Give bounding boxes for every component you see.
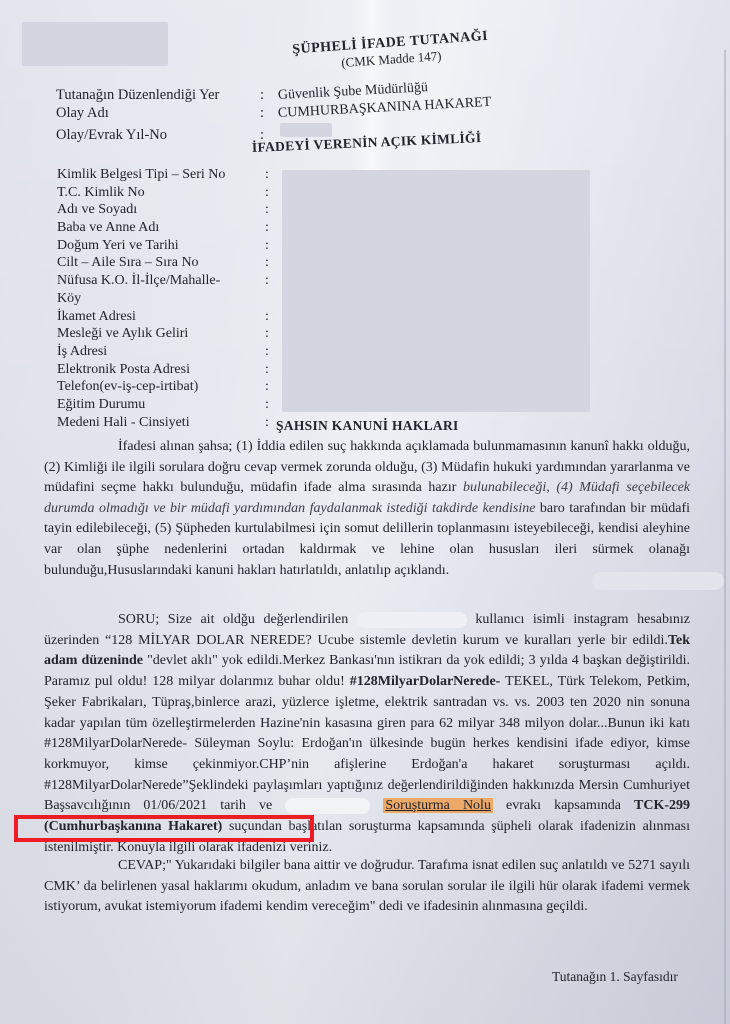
identity-field: İkamet Adresi:: [57, 308, 287, 326]
identity-field: Elektronik Posta Adresi:: [57, 361, 287, 379]
identity-fields: Kimlik Belgesi Tipi – Seri No: T.C. Kiml…: [57, 166, 287, 431]
red-annotation-box: [14, 815, 314, 842]
meta-row-event-name: Olay Adı:CUMHURBAŞKANINA HAKARET: [56, 104, 492, 122]
identity-field: T.C. Kimlik No:: [57, 184, 287, 202]
redacted-file-number: [280, 123, 332, 137]
redacted-identity-values: [282, 170, 590, 412]
identity-field: Cilt – Aile Sıra – Sıra No:: [57, 254, 287, 272]
identity-field: Adı ve Soyadı:: [57, 201, 287, 219]
identity-field: Medeni Hali - Cinsiyeti:: [57, 414, 287, 432]
redacted-investigation-number: [285, 798, 370, 814]
identity-field: Eğitim Durumu:: [57, 396, 287, 414]
answer-paragraph: CEVAP;" Yukarıdaki bilgiler bana aittir …: [44, 856, 690, 918]
identity-field: Telefon(ev-iş-cep-irtibat):: [57, 378, 287, 396]
identity-field: Kimlik Belgesi Tipi – Seri No:: [57, 166, 287, 184]
identity-field: Doğum Yeri ve Tarihi:: [57, 237, 287, 255]
identity-field: İş Adresi:: [57, 343, 287, 361]
identity-field: Baba ve Anne Adı:: [57, 219, 287, 237]
rights-paragraph: İfadesi alınan şahsa; (1) İddia edilen s…: [44, 437, 690, 581]
meta-label: Tutanağın Düzenlendiği Yer: [56, 86, 260, 104]
highlighted-investigation-label: Soruşturma Nolu: [383, 798, 493, 813]
redacted-signature-area: [592, 572, 724, 590]
document-title-block: ŞÜPHELİ İFADE TUTANAĞI (CMK Madde 147): [270, 27, 512, 76]
identity-field: Nüfusa K.O. İl-İlçe/Mahalle-:: [57, 272, 287, 290]
meta-row-file-number: Olay/Evrak Yıl-No:: [56, 126, 278, 144]
identity-field: Mesleği ve Aylık Geliri:: [57, 325, 287, 343]
identity-field: Köy: [57, 290, 287, 308]
page-footer: Tutanağın 1. Sayfasıdır: [552, 969, 678, 985]
paper-edge: [724, 50, 726, 1024]
meta-label: Olay Adı: [56, 104, 260, 122]
bold-hashtag: #128MilyarDolarNerede-: [350, 674, 501, 689]
redacted-username: [357, 612, 467, 628]
meta-label: Olay/Evrak Yıl-No: [56, 126, 260, 144]
redacted-header: [22, 22, 168, 66]
rights-section-heading: ŞAHSIN KANUNİ HAKLARI: [276, 418, 459, 434]
